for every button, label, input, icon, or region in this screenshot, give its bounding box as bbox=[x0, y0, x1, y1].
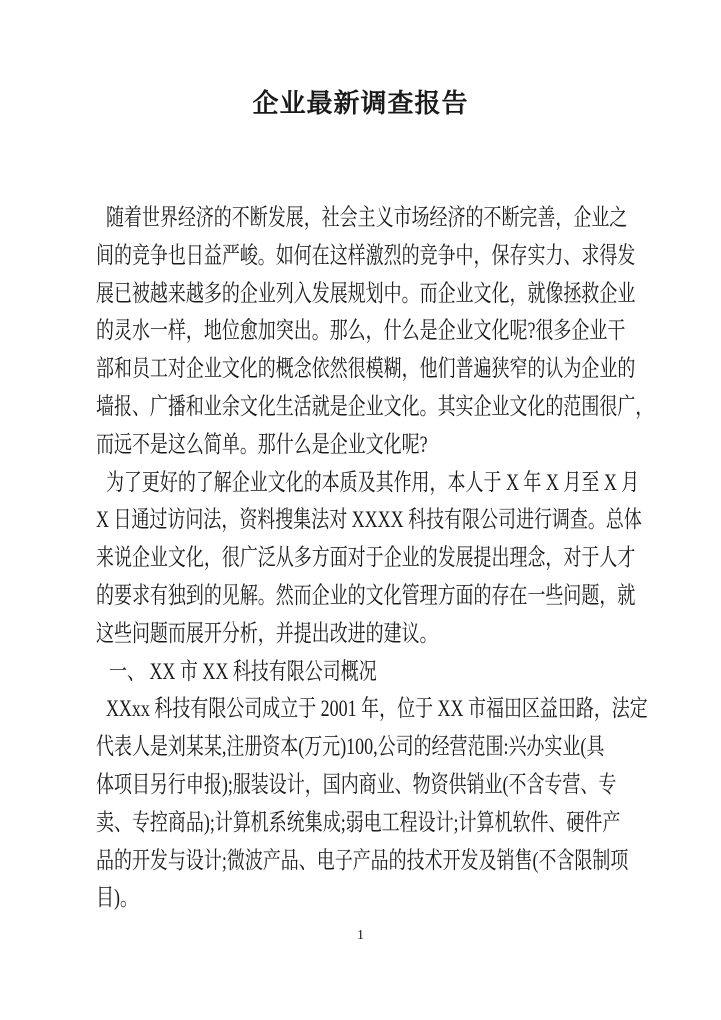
text-line: 间的竞争也日益严峻。如何在这样激烈的竞争中，保存实力、求得发 bbox=[96, 238, 624, 276]
text-line: 随着世界经济的不断发展，社会主义市场经济的不断完善，企业之 bbox=[96, 200, 624, 238]
text-line: 体项目另行申报);服装设计，国内商业、物资供销业(不含专营、专 bbox=[96, 767, 624, 805]
text-line: 展已被越来越多的企业列入发展规划中。而企业文化，就像拯救企业 bbox=[96, 276, 624, 314]
text-line: 来说企业文化，很广泛从多方面对于企业的发展提出理念，对于人才 bbox=[96, 540, 624, 578]
document-body: 随着世界经济的不断发展，社会主义市场经济的不断完善，企业之间的竞争也日益严峻。如… bbox=[96, 200, 624, 918]
paragraph: XXxx 科技有限公司成立于 2001 年，位于 XX 市福田区益田路，法定代表… bbox=[96, 691, 624, 918]
text-line: 为了更好的了解企业文化的本质及其作用，本人于 X 年 X 月至 X 月 bbox=[96, 465, 624, 503]
text-line: 品的开发与设计;微波产品、电子产品的技术开发及销售(不含限制项 bbox=[96, 843, 624, 881]
document-title: 企业最新调查报告 bbox=[0, 90, 721, 118]
document-page: 企业最新调查报告 随着世界经济的不断发展，社会主义市场经济的不断完善，企业之间的… bbox=[0, 0, 721, 1020]
paragraph: 随着世界经济的不断发展，社会主义市场经济的不断完善，企业之间的竞争也日益严峻。如… bbox=[96, 200, 624, 465]
text-line: 而远不是这么简单。那什么是企业文化呢? bbox=[96, 427, 624, 465]
text-line: 部和员工对企业文化的概念依然很模糊，他们普遍狭窄的认为企业的 bbox=[96, 351, 624, 389]
text-line: 墙报、广播和业余文化生活就是企业文化。其实企业文化的范围很广， bbox=[96, 389, 624, 427]
text-line: XXxx 科技有限公司成立于 2001 年，位于 XX 市福田区益田路，法定 bbox=[96, 691, 624, 729]
text-line: 这些问题而展开分析，并提出改进的建议。 bbox=[96, 616, 624, 654]
text-line: 的灵水一样，地位愈加突出。那么，什么是企业文化呢?很多企业干 bbox=[96, 313, 624, 351]
text-line: 的要求有独到的见解。然而企业的文化管理方面的存在一些问题，就 bbox=[96, 578, 624, 616]
page-number: 1 bbox=[0, 928, 721, 944]
text-line: 代表人是刘某某,注册资本(万元)100,公司的经营范围:兴办实业(具 bbox=[96, 729, 624, 767]
section-heading: 一、 XX 市 XX 科技有限公司概况 bbox=[96, 654, 624, 692]
text-line: 卖、专控商品);计算机系统集成;弱电工程设计;计算机软件、硬件产 bbox=[96, 805, 624, 843]
paragraph: 为了更好的了解企业文化的本质及其作用，本人于 X 年 X 月至 X 月X 日通过… bbox=[96, 465, 624, 654]
text-line: 一、 XX 市 XX 科技有限公司概况 bbox=[96, 654, 624, 692]
text-line: X 日通过访问法，资料搜集法对 XXXX 科技有限公司进行调查。总体 bbox=[96, 502, 624, 540]
text-line: 目)。 bbox=[96, 880, 624, 918]
